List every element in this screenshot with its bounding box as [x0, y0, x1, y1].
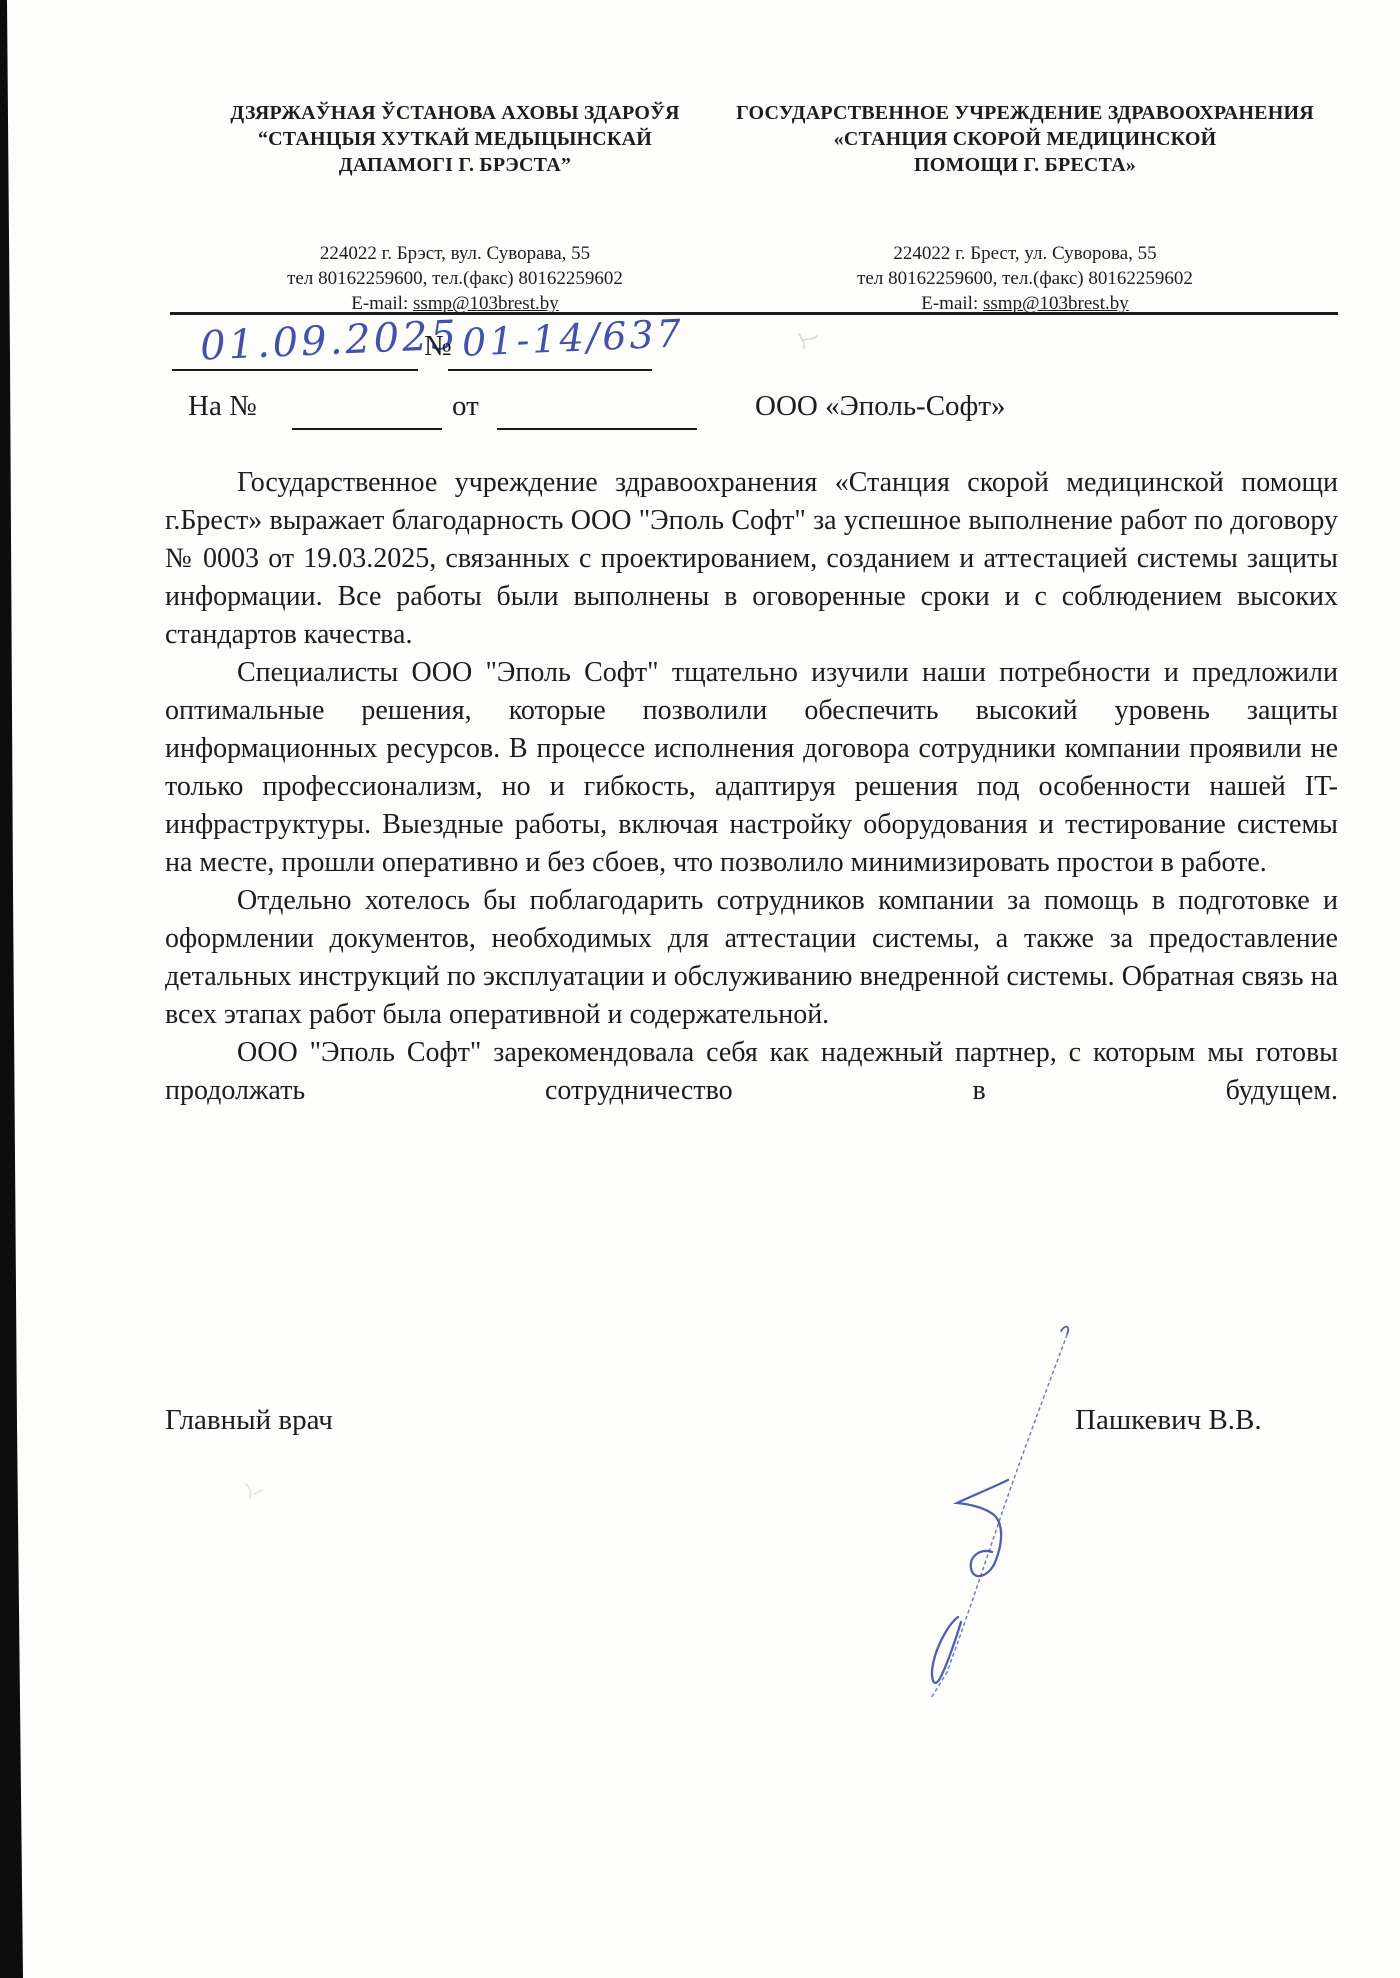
address: 224022 г. Брэст, вул. Суворава, 55: [165, 241, 745, 266]
contact-block-right: 224022 г. Брест, ул. Суворова, 55 тел 80…: [710, 241, 1340, 316]
header-divider-rule: [170, 312, 1338, 315]
date-underline: [172, 369, 418, 371]
body-paragraph: Специалисты ООО "Эполь Софт" тщательно и…: [165, 654, 1338, 882]
scanned-letter-page: ДЗЯРЖАЎНАЯ ЎСТАНОВА АХОВЫ ЗДАРОЎЯ “СТАНЦ…: [0, 0, 1400, 1978]
org-name-line: «СТАНЦИЯ СКОРОЙ МЕДИЦИНСКОЙ: [710, 126, 1340, 152]
reply-to-prefix: На №: [188, 390, 257, 423]
address: 224022 г. Брест, ул. Суворова, 55: [710, 241, 1340, 266]
reply-date-blank: [497, 428, 697, 430]
org-name-line: ДЗЯРЖАЎНАЯ ЎСТАНОВА АХОВЫ ЗДАРОЎЯ: [165, 100, 745, 126]
reply-number-blank: [292, 428, 442, 430]
handwritten-date: 01.09.2025: [199, 312, 460, 369]
org-name-line: ГОСУДАРСТВЕННОЕ УЧРЕЖДЕНИЕ ЗДРАВООХРАНЕН…: [710, 100, 1340, 126]
body-paragraph: Отдельно хотелось бы поблагодарить сотру…: [165, 882, 1338, 1034]
letter-body: Государственное учреждение здравоохранен…: [165, 464, 1338, 1110]
number-underline: [448, 369, 652, 371]
handwritten-outgoing-number: 01-14/637: [461, 311, 685, 365]
org-name-belarusian: ДЗЯРЖАЎНАЯ ЎСТАНОВА АХОВЫ ЗДАРОЎЯ “СТАНЦ…: [165, 100, 745, 178]
signoff-name: Пашкевич В.В.: [1075, 1404, 1262, 1437]
scan-edge-artifact: [0, 0, 26, 1978]
org-name-line: ПОМОЩИ Г. БРЕСТА»: [710, 152, 1340, 178]
org-name-russian: ГОСУДАРСТВЕННОЕ УЧРЕЖДЕНИЕ ЗДРАВООХРАНЕН…: [710, 100, 1340, 178]
signoff-position: Главный врач: [165, 1404, 333, 1437]
email-label: E-mail:: [921, 293, 978, 314]
phone: тел 80162259600, тел.(факс) 80162259602: [710, 266, 1340, 291]
email-address: ssmp@103brest.by: [983, 293, 1129, 314]
reply-from-label: от: [452, 390, 479, 423]
handwritten-signature-graphic: [895, 1320, 1085, 1700]
org-name-line: ДАПАМОГІ Г. БРЭСТА”: [165, 152, 745, 178]
email-label: E-mail:: [351, 293, 408, 314]
body-paragraph: ООО "Эполь Софт" зарекомендовала себя ка…: [165, 1034, 1338, 1110]
contact-block-left: 224022 г. Брэст, вул. Суворава, 55 тел 8…: [165, 241, 745, 316]
phone: тел 80162259600, тел.(факс) 80162259602: [165, 266, 745, 291]
scan-smudge: [240, 1478, 266, 1504]
recipient-name: ООО «Эполь-Софт»: [755, 390, 1006, 423]
scan-smudge: [795, 330, 821, 352]
body-paragraph: Государственное учреждение здравоохранен…: [165, 464, 1338, 654]
email-address: ssmp@103brest.by: [413, 293, 559, 314]
number-sign: №: [424, 330, 452, 363]
org-name-line: “СТАНЦЫЯ ХУТКАЙ МЕДЫЦЫНСКАЙ: [165, 126, 745, 152]
